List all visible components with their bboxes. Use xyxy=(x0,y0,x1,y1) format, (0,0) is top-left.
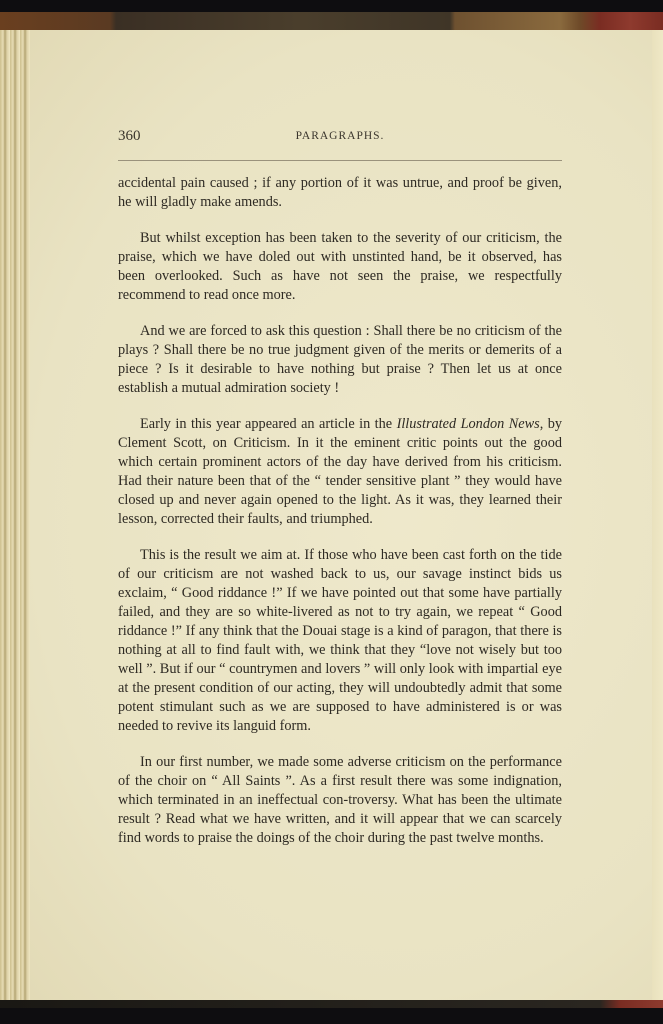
page-stack-left-edge xyxy=(0,30,32,1002)
paragraph: This is the result we aim at. If those w… xyxy=(118,546,562,736)
paragraph: And we are forced to ask this question :… xyxy=(118,322,562,398)
paragraph-text: , by Clement Scott, on Criticism. In it … xyxy=(118,416,562,527)
running-title: PARAGRAPHS. xyxy=(118,130,562,142)
body-text: accidental pain caused ; if any portion … xyxy=(118,174,562,848)
publication-title: Illustrated London News xyxy=(397,416,540,432)
paragraph: In our first number, we made some advers… xyxy=(118,753,562,848)
book-cover-top-edge xyxy=(0,12,663,32)
paragraph-continuation: accidental pain caused ; if any portion … xyxy=(118,174,562,212)
book-page: 360 PARAGRAPHS. accidental pain caused ;… xyxy=(30,30,652,1000)
paragraph: But whilst exception has been taken to t… xyxy=(118,229,562,305)
paragraph: Early in this year appeared an article i… xyxy=(118,415,562,529)
book-cover-bottom-edge xyxy=(0,1000,663,1008)
running-header: 360 PARAGRAPHS. xyxy=(118,128,562,150)
header-rule xyxy=(118,160,562,161)
paragraph-text: Early in this year appeared an article i… xyxy=(140,416,397,432)
